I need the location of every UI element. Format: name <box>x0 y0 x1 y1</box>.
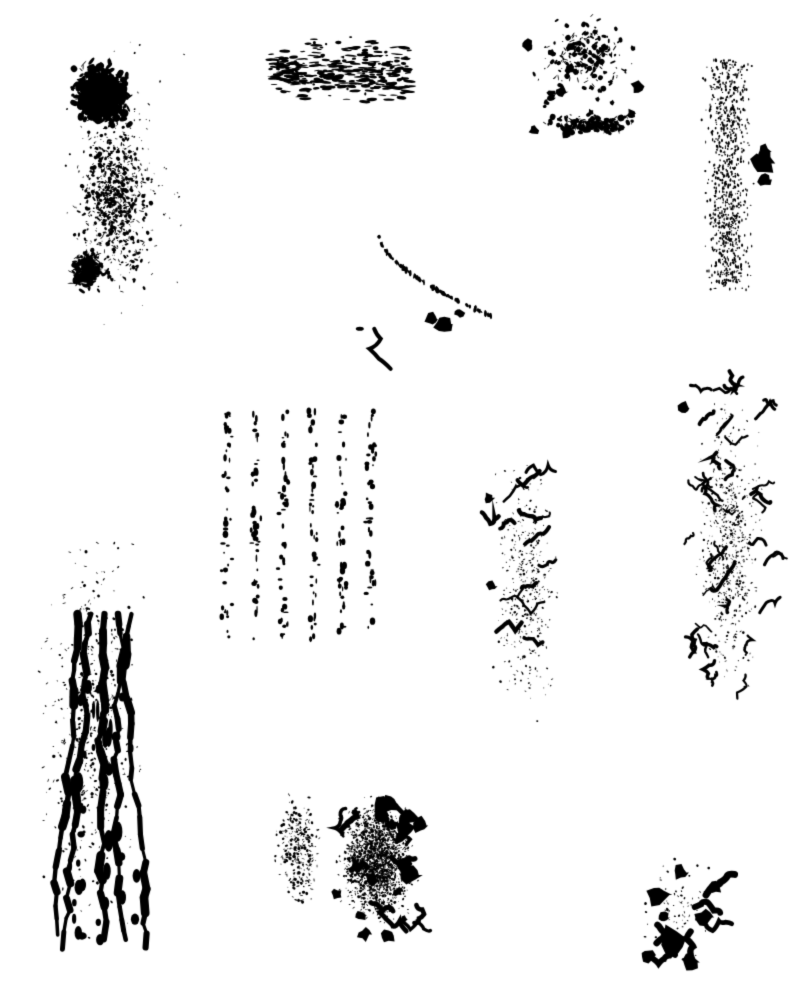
texture-canvas <box>0 0 800 995</box>
texture-sheet: Grunge brush texture set <box>0 0 800 995</box>
